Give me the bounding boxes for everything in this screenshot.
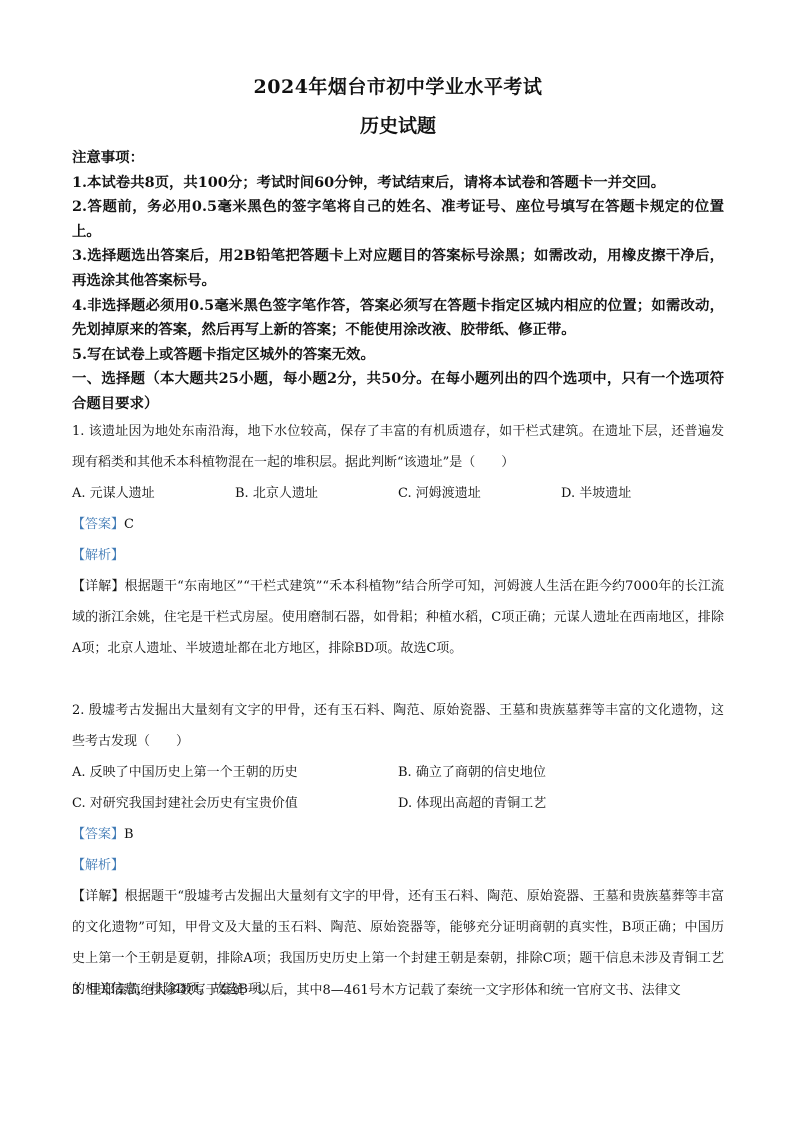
detail-label: 【详解】 <box>72 579 125 594</box>
option-a: A. 元谋人遗址 <box>72 478 235 509</box>
option-d: D. 半坡遗址 <box>561 478 724 509</box>
answer-line: 【答案】C <box>72 509 724 540</box>
notice-section: 注意事项： 1.本试卷共8页，共100分；考试时间60分钟，考试结束后，请将本试… <box>72 146 724 417</box>
notice-item: 4.非选择题必须用0.5毫米黑色签字笔作答，答案必须写在答题卡指定区城内相应的位… <box>72 294 724 343</box>
detail-paragraph: 【详解】根据题干“东南地区”“干栏式建筑”“禾本科植物”结合所学可知，河姆渡人生… <box>72 571 724 664</box>
option-b: B. 确立了商朝的信史地位 <box>398 757 724 788</box>
question-stem: 1. 该遗址因为地处东南沿海，地下水位较高，保存了丰富的有机质遗存，如干栏式建筑… <box>72 416 724 478</box>
question-stem: 2. 殷墟考古发掘出大量刻有文字的甲骨，还有玉石料、陶范、原始瓷器、王墓和贵族墓… <box>72 695 724 757</box>
question-stem: 3. 里耶秦简绝大多数写于秦统一以后，其中8—461号木方记载了秦统一文字形体和… <box>72 975 724 1006</box>
analysis-label: 【解析】 <box>72 548 124 563</box>
notice-item: 3.选择题选出答案后，用2B铅笔把答题卡上对应题目的答案标号涂黑；如需改动，用橡… <box>72 244 724 293</box>
answer-label: 【答案】 <box>72 517 124 532</box>
analysis-label: 【解析】 <box>72 858 124 873</box>
option-d: D. 体现出高超的青铜工艺 <box>398 788 724 819</box>
notice-item: 1.本试卷共8页，共100分；考试时间60分钟，考试结束后，请将本试卷和答题卡一… <box>72 171 724 196</box>
notice-item: 5.写在试卷上或答题卡指定区城外的答案无效。 <box>72 343 724 368</box>
notice-item: 2.答题前，务必用0.5毫米黑色的签字笔将自己的姓名、准考证号、座位号填写在答题… <box>72 195 724 244</box>
question-2: 2. 殷墟考古发掘出大量刻有文字的甲骨，还有玉石料、陶范、原始瓷器、王墓和贵族墓… <box>72 695 724 1005</box>
option-c: C. 河姆渡遗址 <box>398 478 561 509</box>
question-3: 3. 里耶秦简绝大多数写于秦统一以后，其中8—461号木方记载了秦统一文字形体和… <box>72 975 724 1006</box>
option-c: C. 对研究我国封建社会历史有宝贵价值 <box>72 788 398 819</box>
question-options: C. 对研究我国封建社会历史有宝贵价值 D. 体现出高超的青铜工艺 <box>72 788 724 819</box>
analysis-line: 【解析】 <box>72 540 724 571</box>
detail-text: 根据题干“东南地区”“干栏式建筑”“禾本科植物”结合所学可知，河姆渡人生活在距今… <box>72 579 724 656</box>
answer-label: 【答案】 <box>72 827 124 842</box>
answer-value: C <box>124 517 134 532</box>
answer-value: B <box>124 827 134 842</box>
exam-subtitle: 历史试题 <box>72 111 724 138</box>
question-options: A. 反映了中国历史上第一个王朝的历史 B. 确立了商朝的信史地位 <box>72 757 724 788</box>
notice-heading: 注意事项： <box>72 146 724 171</box>
section-heading: 一、选择题（本大题共25小题，每小题2分，共50分。在每小题列出的四个选项中，只… <box>72 367 724 416</box>
question-options: A. 元谋人遗址 B. 北京人遗址 C. 河姆渡遗址 D. 半坡遗址 <box>72 478 724 509</box>
analysis-line: 【解析】 <box>72 850 724 881</box>
question-1: 1. 该遗址因为地处东南沿海，地下水位较高，保存了丰富的有机质遗存，如干栏式建筑… <box>72 416 724 664</box>
option-b: B. 北京人遗址 <box>235 478 398 509</box>
answer-line: 【答案】B <box>72 819 724 850</box>
exam-title: 2024年烟台市初中学业水平考试 <box>72 72 724 99</box>
detail-label: 【详解】 <box>72 889 125 904</box>
option-a: A. 反映了中国历史上第一个王朝的历史 <box>72 757 398 788</box>
